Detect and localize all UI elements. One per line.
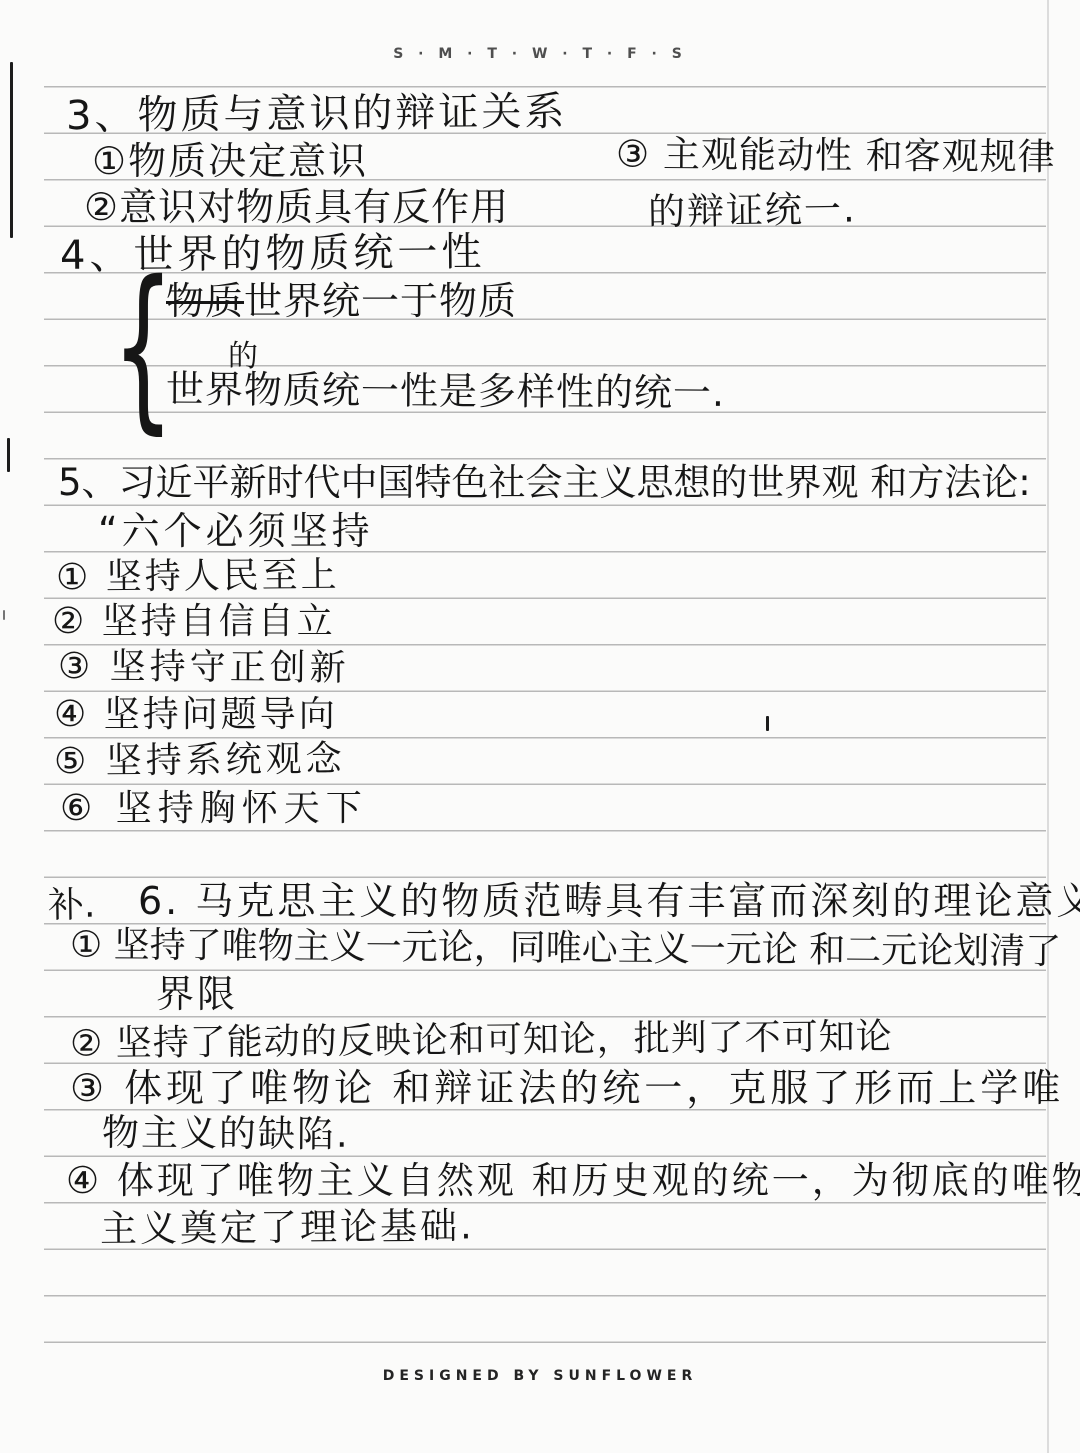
weekday-header: S · M · T · W · T · F · S — [0, 46, 1080, 62]
sec4-branch2: 世界物质统一性是多样性的统一. — [166, 369, 725, 415]
sec6-item2: ② 坚持了能动的反映论和可知论，批判了不可知论 — [70, 1017, 893, 1064]
sec4-branch1-text: 世界统一于物质 — [244, 279, 517, 323]
sec5-subtitle: “六个必须坚持 — [98, 511, 374, 553]
sec6-item1-line1: ① 坚持了唯物主义一元论，同唯心主义一元论 和二元论划清了 — [70, 926, 1061, 973]
scan-mark — [10, 62, 13, 238]
scan-mark — [7, 438, 10, 472]
stray-pen-mark — [766, 716, 769, 731]
sec4-branch1-crossed-text: 物质 — [166, 279, 244, 323]
paper-edge-shadow — [1047, 0, 1049, 1453]
sec6-title: 6. 马克思主义的物质范畴具有丰富而深刻的理论意义 — [138, 881, 1080, 923]
sec3-item2: ②意识对物质具有反作用 — [84, 187, 509, 229]
sec5-item-3: ③ 坚持守正创新 — [58, 647, 350, 689]
sec6-item3-line1: ③ 体现了唯物论 和辩证法的统一，克服了形而上学唯 — [70, 1068, 1064, 1110]
sec5-item-4: ④ 坚持问题导向 — [54, 695, 338, 735]
sec3-item3-line2: 的辩证统一. — [648, 189, 857, 233]
sec3-item1: ①物质决定意识 — [92, 141, 368, 183]
sec4-branch1: 物质世界统一于物质 — [166, 281, 517, 323]
sec5-title: 5、习近平新时代中国特色社会主义思想的世界观 和方法论: — [58, 463, 1031, 504]
sec6-item4-line2: 主义奠定了理论基础. — [100, 1206, 475, 1250]
scan-mark — [3, 610, 5, 620]
sec6-item3-line2: 物主义的缺陷. — [102, 1113, 350, 1155]
designer-credit: DESIGNED BY SUNFLOWER — [0, 1368, 1080, 1384]
sec5-item-2: ② 坚持自信自立 — [52, 602, 336, 642]
sec3-item3-line1: ③ 主观能动性 和客观规律 — [616, 134, 1056, 178]
sec3-title: 3、物质与意识的辩证关系 — [66, 90, 568, 138]
sec5-item-5: ⑤ 坚持系统观念 — [54, 740, 346, 782]
sec5-item-6: ⑥ 坚持胸怀天下 — [60, 789, 368, 829]
sec6-margin-note: 补. — [48, 886, 96, 926]
notebook-page: S · M · T · W · T · F · S 3、物质与意识的辩证关系 ①… — [0, 0, 1080, 1453]
sec6-item4-line1: ④ 体现了唯物主义自然观 和历史观的统一，为彻底的唯物 — [66, 1161, 1080, 1202]
sec6-item1-line2: 界限 — [156, 974, 238, 1016]
sec5-item-1: ① 坚持人民至上 — [56, 556, 340, 598]
